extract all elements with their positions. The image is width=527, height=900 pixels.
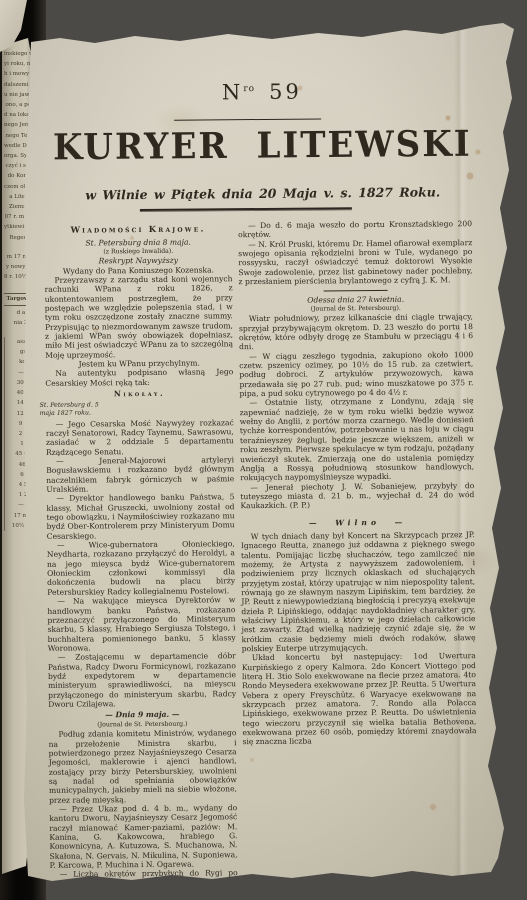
underlying-page-fragment: yi roku, no bbox=[4, 59, 31, 69]
page-content: Nro59 KURYER LITEWSKI w Wilnie w Piątek … bbox=[0, 0, 527, 900]
paragraph: — Liczba okrętów przybyłych do Rygi po d… bbox=[50, 869, 238, 889]
paragraph: Nikołay. bbox=[45, 388, 233, 399]
paragraph: — Ostatnie listy, otrzymane z Londynu, z… bbox=[240, 397, 475, 483]
issue-superscript: ro bbox=[243, 84, 255, 94]
paragraph: — Dnia 9 maja. — bbox=[48, 709, 236, 720]
paragraph: — Zostającemu w departamencie dóbr Państ… bbox=[48, 651, 236, 709]
paragraph: Wiadomości Krajowe. bbox=[44, 224, 232, 235]
paragraph: Przeyrzawszy z zarządu stad koni wojenny… bbox=[44, 274, 233, 360]
issue-number: Nro59 bbox=[27, 78, 497, 106]
paragraph bbox=[324, 290, 388, 292]
issue-prefix: N bbox=[222, 80, 244, 104]
left-column: Wiadomości Krajowe.St. Petersburg dnia 8… bbox=[44, 224, 238, 889]
masthead-title: KURYER LITEWSKI bbox=[27, 123, 497, 169]
underlying-page-fragment: dalszemi re- bbox=[4, 80, 31, 90]
paragraph: — Dyrektor handlowego banku Państwa, 5 k… bbox=[46, 493, 234, 541]
paragraph: — Przez Ukaz pod d. 4 b. m., wydany do k… bbox=[49, 803, 238, 870]
issue-num-value: 59 bbox=[269, 80, 302, 104]
paragraph: — Do d. 6 maja weszło do portu Kronsztad… bbox=[238, 219, 472, 240]
paragraph: St. Petersburg d. 5 maja 1827 roku. bbox=[40, 402, 110, 418]
underlying-page-fragment: d na loka- bbox=[4, 110, 31, 120]
paragraph: Podług zdania komitetu Ministrów, wydane… bbox=[48, 728, 237, 804]
underlying-page-fragment: h i mowy za- bbox=[4, 69, 31, 79]
paragraph: W tych dniach dany był Koncert na Skrzyp… bbox=[241, 530, 476, 654]
underlying-page-fragment: ono, a po bbox=[4, 100, 31, 110]
newspaper-sheet: Nro59 KURYER LITEWSKI w Wilnie w Piątek … bbox=[0, 0, 527, 900]
masthead-rule-top bbox=[174, 118, 321, 120]
paragraph: — Na wakujące mieysca Dyrektorów w handl… bbox=[47, 595, 235, 653]
scanned-newspaper-page: inskiego wyi roku, noh i mowy za-dalszem… bbox=[0, 0, 527, 900]
paragraph: — N. Król Pruski, któremu Dr. Hamel ofia… bbox=[238, 238, 472, 287]
paragraph: Wiatr południowy, przez kilkanaście dni … bbox=[239, 312, 473, 351]
underlying-page-fragment: nego Tel- bbox=[4, 131, 31, 141]
paragraph: — Wilno — bbox=[241, 517, 475, 528]
paragraph: — W ciągu zeszłego tygodnia, zakupiono o… bbox=[239, 350, 473, 399]
paragraph: — Wice-gubernatora Ołonieckiego, Neydhar… bbox=[47, 539, 235, 597]
paragraph: — Jenerał piechoty J. W. Sobaniejew, prz… bbox=[240, 481, 474, 511]
right-column: — Do d. 6 maja weszło do portu Kronsztad… bbox=[238, 219, 477, 747]
paragraph: — Jenerał-Majorowi artyleryi Bogusławski… bbox=[46, 455, 234, 494]
underlying-page-fragment: u nie jawi- bbox=[4, 90, 31, 100]
paragraph: Na autentyku podpisano własną Jego Cesar… bbox=[45, 368, 233, 388]
underlying-page-fragment: nego Jene bbox=[4, 120, 31, 130]
paragraph: Układ koncertu był następujący: 1od Uwer… bbox=[242, 651, 477, 746]
underlying-page-fragment: inskiego w bbox=[4, 49, 31, 59]
paragraph: — Jego Cesarska Mość Naywyżey rozkazać r… bbox=[46, 418, 234, 457]
dateline: w Wilnie w Piątek dnia 20 Maja v. s. 182… bbox=[28, 184, 498, 203]
dateline-rule bbox=[140, 207, 352, 212]
